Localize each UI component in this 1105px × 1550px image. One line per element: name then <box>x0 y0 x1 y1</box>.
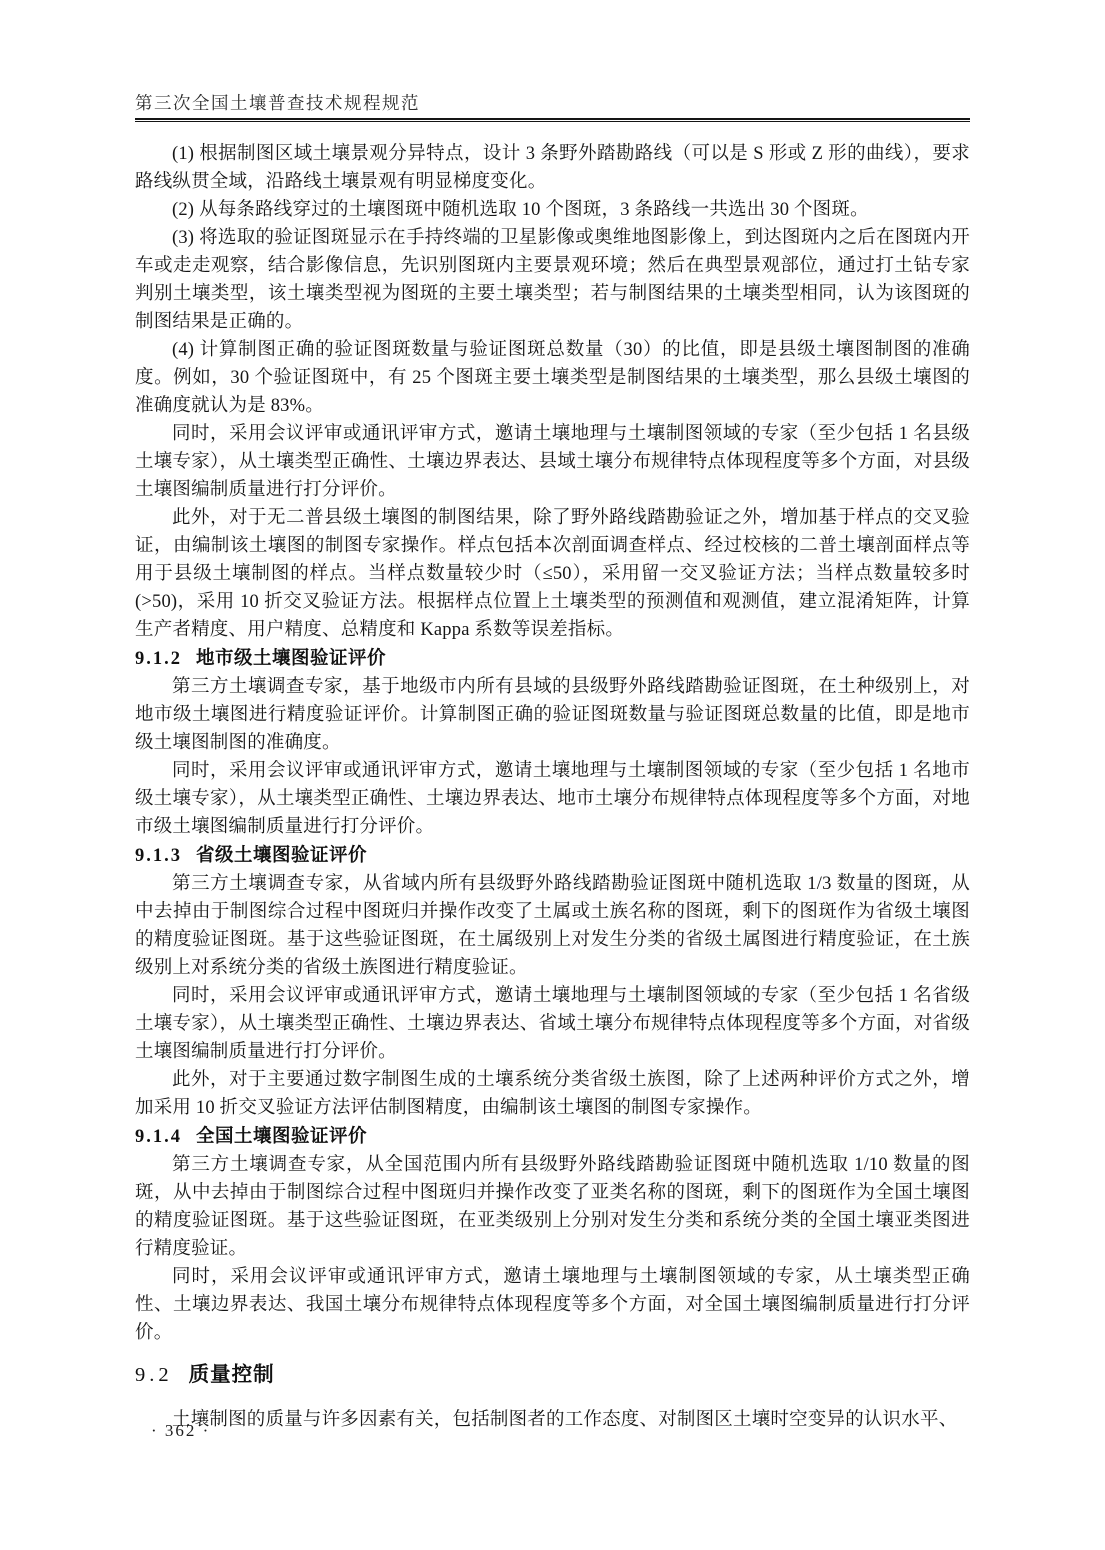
paragraph-city-expert-review: 同时，采用会议评审或通讯评审方式，邀请土壤地理与土壤制图领域的专家（至少包括 1… <box>135 757 970 841</box>
heading-title: 地市级土壤图验证评价 <box>196 647 386 668</box>
paragraph-county-expert-review: 同时，采用会议评审或通讯评审方式，邀请土壤地理与土壤制图领域的专家（至少包括 1… <box>135 420 970 504</box>
heading-number: 9.1.4 <box>135 1127 182 1147</box>
paragraph-route-design: (1) 根据制图区域土壤景观分异特点，设计 3 条野外踏勘路线（可以是 S 形或… <box>135 140 970 196</box>
paragraph-province-expert-review: 同时，采用会议评审或通讯评审方式，邀请土壤地理与土壤制图领域的专家（至少包括 1… <box>135 982 970 1066</box>
paragraph-city-verification: 第三方土壤调查专家，基于地级市内所有县域的县级野外路线踏勘验证图斑，在土种级别上… <box>135 673 970 757</box>
heading-9-1-3: 9.1.3省级土壤图验证评价 <box>135 841 970 870</box>
heading-number: 9.1.2 <box>135 649 182 669</box>
heading-number: 9.2 <box>135 1364 173 1386</box>
page-body: 第三次全国土壤普查技术规程规范 (1) 根据制图区域土壤景观分异特点，设计 3 … <box>135 0 970 1550</box>
paragraph-cross-validation: 此外，对于无二普县级土壤图的制图结果，除了野外路线踏勘验证之外，增加基于样点的交… <box>135 504 970 644</box>
heading-9-1-4: 9.1.4全国土壤图验证评价 <box>135 1122 970 1151</box>
paragraph-province-cross-validation: 此外，对于主要通过数字制图生成的土壤系统分类省级土族图，除了上述两种评价方式之外… <box>135 1066 970 1122</box>
heading-title: 省级土壤图验证评价 <box>196 844 367 865</box>
page-number: · 362 · <box>151 1421 210 1441</box>
paragraph-quality-control-intro: 土壤制图的质量与许多因素有关，包括制图者的工作态度、对制图区土壤时空变异的认识水… <box>135 1406 970 1434</box>
running-header-title: 第三次全国土壤普查技术规程规范 <box>135 92 970 114</box>
paragraph-national-expert-review: 同时，采用会议评审或通讯评审方式，邀请土壤地理与土壤制图领域的专家，从土壤类型正… <box>135 1263 970 1347</box>
heading-number: 9.1.3 <box>135 846 182 866</box>
document-page: { "page": { "header_title": "第三次全国土壤普查技术… <box>0 0 1105 1550</box>
paragraph-accuracy-calculation: (4) 计算制图正确的验证图斑数量与验证图斑总数量（30）的比值，即是县级土壤图… <box>135 336 970 420</box>
heading-9-1-2: 9.1.2地市级土壤图验证评价 <box>135 644 970 673</box>
paragraph-patch-selection: (2) 从每条路线穿过的土壤图斑中随机选取 10 个图斑，3 条路线一共选出 3… <box>135 196 970 224</box>
page-header: 第三次全国土壤普查技术规程规范 <box>135 92 970 122</box>
header-rule <box>135 118 970 122</box>
heading-title: 全国土壤图验证评价 <box>196 1125 367 1146</box>
paragraph-national-verification: 第三方土壤调查专家，从全国范围内所有县级野外路线踏勘验证图斑中随机选取 1/10… <box>135 1151 970 1263</box>
main-text-column: (1) 根据制图区域土壤景观分异特点，设计 3 条野外踏勘路线（可以是 S 形或… <box>135 140 970 1434</box>
paragraph-province-verification: 第三方土壤调查专家，从省域内所有县级野外路线踏勘验证图斑中随机选取 1/3 数量… <box>135 870 970 982</box>
heading-9-2: 9.2质量控制 <box>135 1360 970 1390</box>
heading-title: 质量控制 <box>189 1363 275 1386</box>
paragraph-field-verification: (3) 将选取的验证图斑显示在手持终端的卫星影像或奥维地图影像上，到达图斑内之后… <box>135 224 970 336</box>
